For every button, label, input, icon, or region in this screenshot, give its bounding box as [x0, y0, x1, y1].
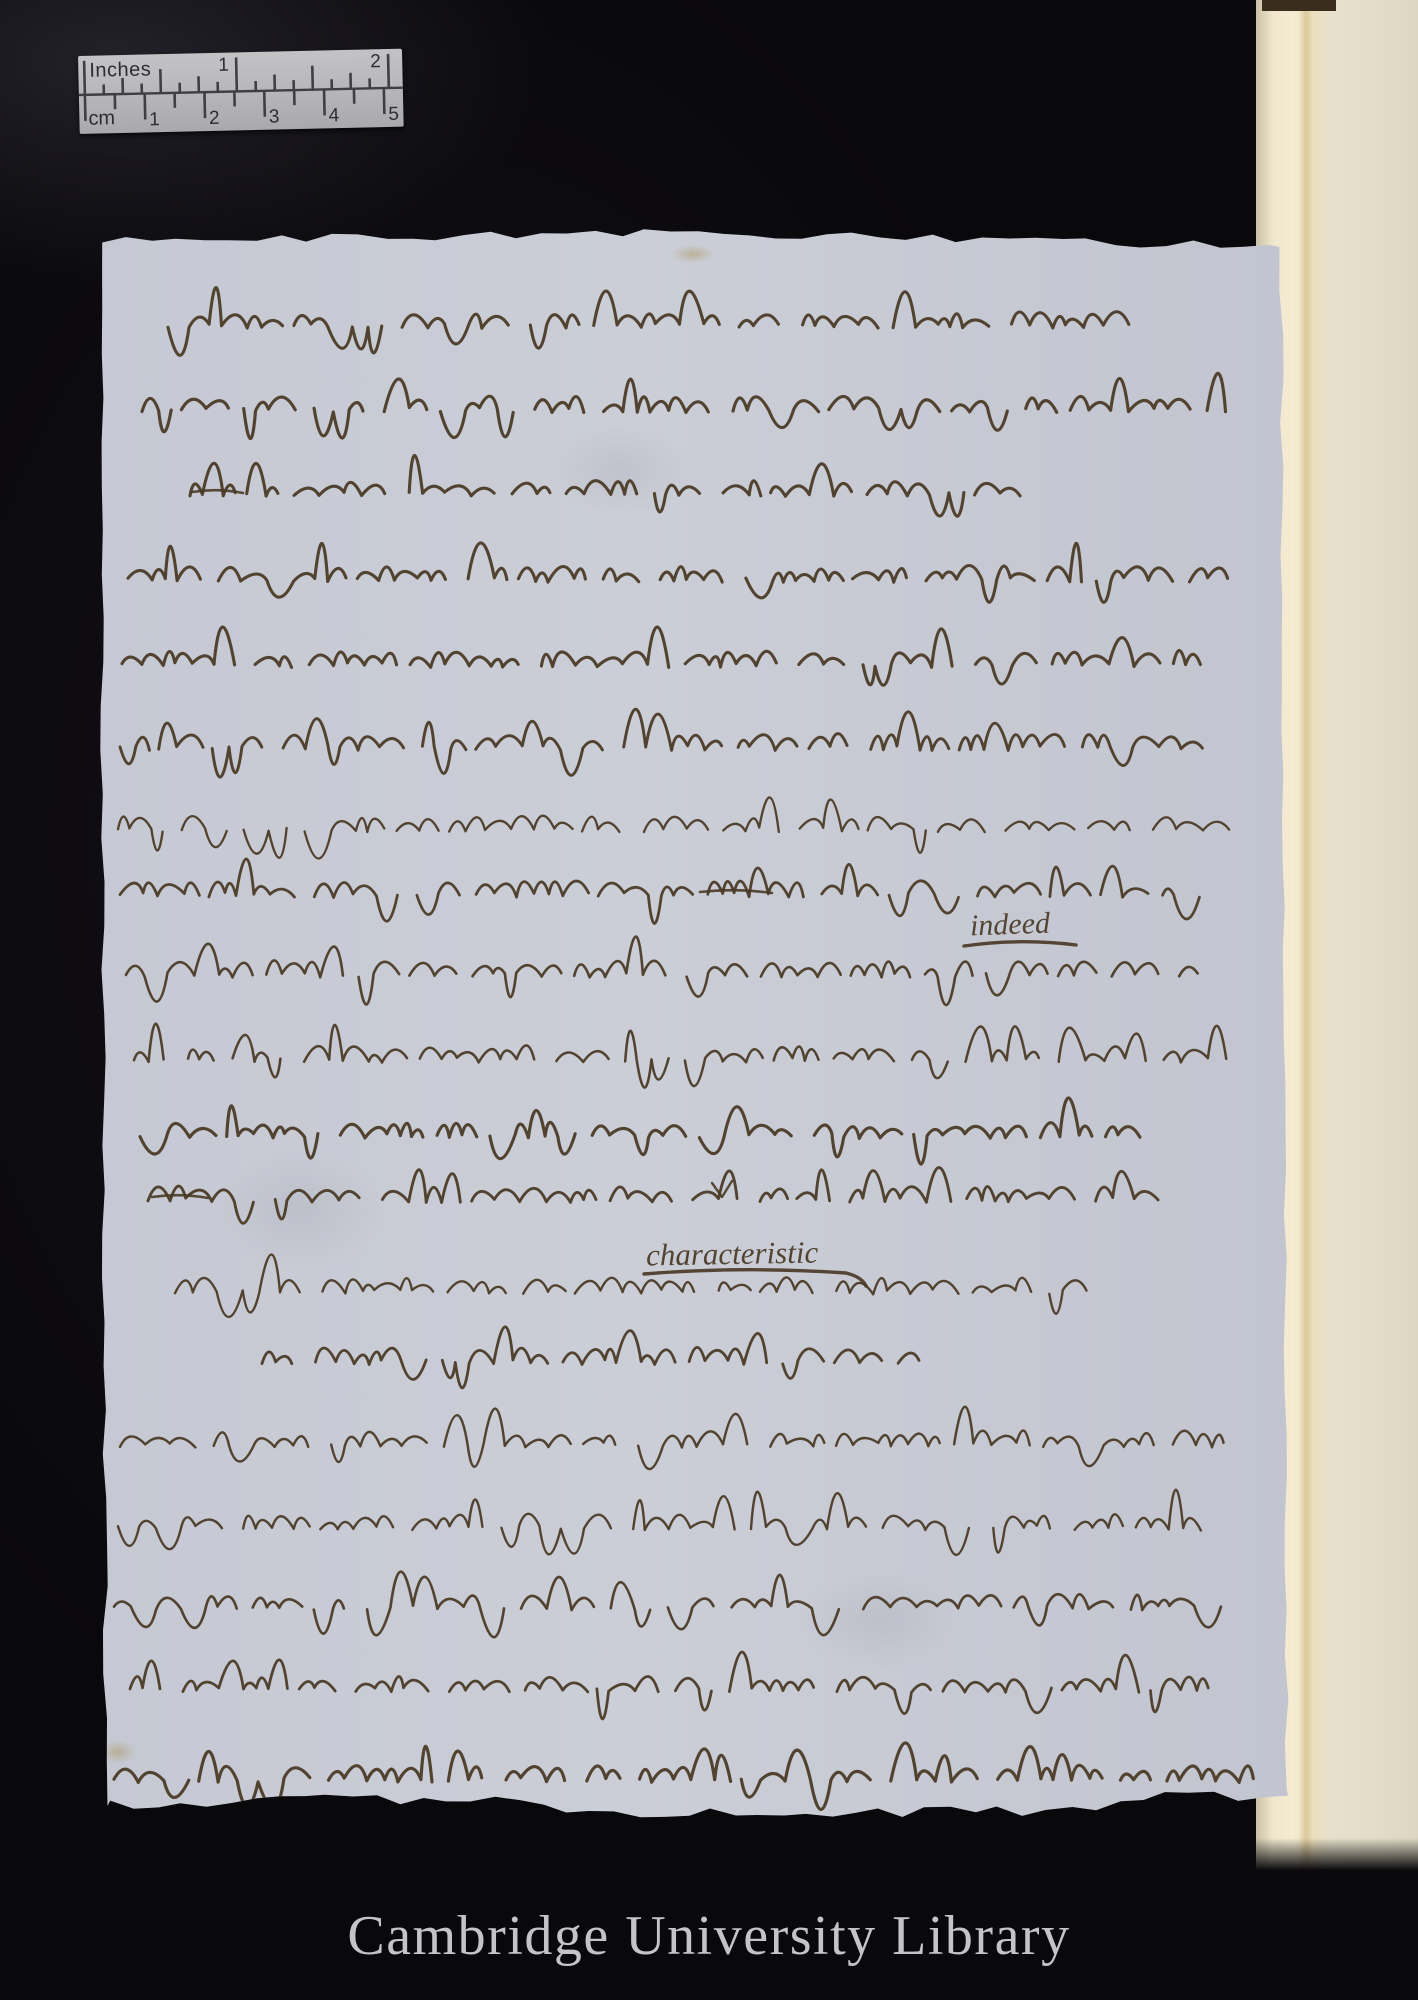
ruler-cm-label: cm	[88, 107, 115, 131]
annotation-characteristic: characteristic	[646, 1235, 819, 1274]
ruler-cm-number: 2	[209, 108, 220, 130]
paper-sheet	[100, 229, 1288, 1817]
ruler-cm-number: 4	[328, 105, 339, 127]
ruler-inches-label: Inches	[89, 58, 151, 82]
annotation-indeed: indeed	[969, 907, 1050, 944]
ruler-inch-number: 1	[218, 55, 229, 77]
ruler-cm-number: 3	[269, 106, 280, 128]
scale-ruler: Inches cm 1212345	[78, 49, 404, 134]
ruler-cm-number: 1	[149, 109, 160, 131]
photograph-of-manuscript: indeed characteristic Inches cm 1212345 …	[0, 0, 1418, 2000]
library-watermark: Cambridge University Library	[0, 1904, 1418, 1968]
manuscript-page	[0, 0, 1418, 2000]
ruler-cm-number: 5	[388, 104, 399, 126]
ruler-inch-number: 2	[370, 51, 381, 73]
